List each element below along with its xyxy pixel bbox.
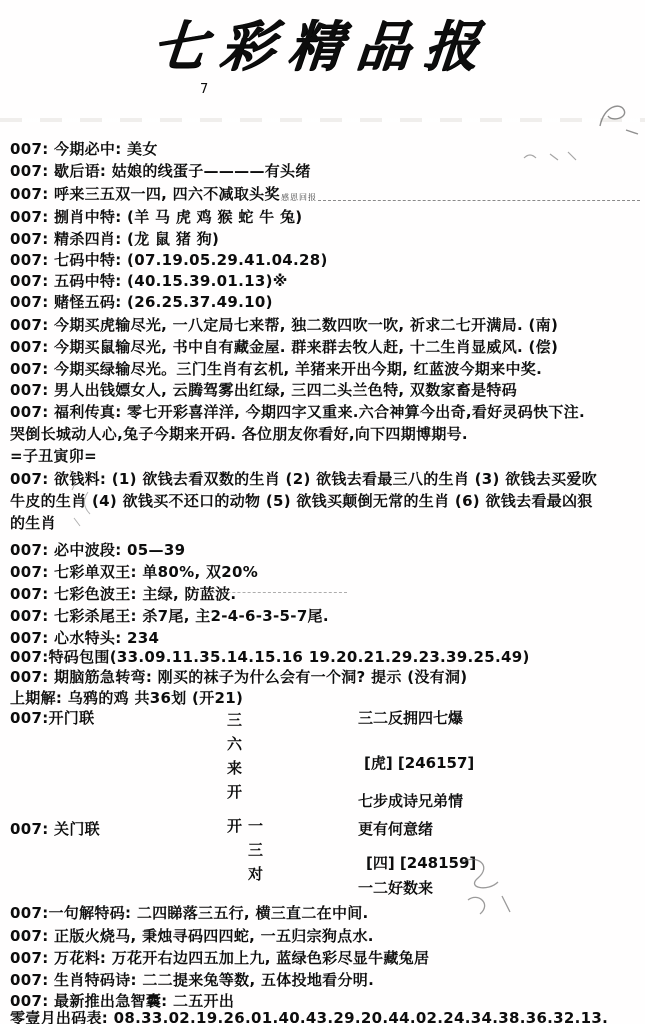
report-line: 007: 心水特头: 234 (10, 627, 159, 648)
report-page: 七彩精品报 7 007: 今期必中: 美女 007: 歇后语: 姑娘的线蛋子——… (0, 0, 645, 1024)
report-line: 007: 今期买虎输尽光, 一八定局七来帮, 独二数四吹一吹, 祈求二七开满局.… (10, 314, 558, 335)
ink-smudge-left (60, 462, 110, 532)
ink-scribble-bottom (448, 852, 518, 922)
report-line: 007: 男人出钱嫖女人, 云腾驾雾出红绿, 三四二头兰色特, 双数家畜是特码 (10, 379, 517, 400)
report-line: 007: 今期必中: 美女 (10, 138, 158, 159)
open-couplet-vertical: 三六来开 (224, 712, 245, 824)
open-couplet-label: 007:开门联 (10, 707, 94, 728)
page-number: 7 (200, 82, 208, 97)
scan-noise-band (0, 118, 645, 122)
report-line: 007: 捌肖中特: (羊 马 虎 鸡 猴 蛇 牛 兔) (10, 206, 302, 227)
report-line: 007: 期脑筋急转弯: 刚买的袜子为什么会有一个洞? 提示 (没有洞) (10, 666, 467, 687)
ink-smudge-right (520, 148, 580, 166)
report-line: 007: 七彩杀尾王: 杀7尾, 主2-4-6-3-5-7尾. (10, 605, 329, 626)
report-line: 007: 正版火烧马, 秉烛寻码四四蛇, 一五归宗狗点水. (10, 925, 374, 946)
page-title: 七彩精品报 (0, 4, 645, 81)
report-line: 上期解: 乌鸦的鸡 共36划 (开21) (10, 687, 243, 708)
report-line: 007: 七彩色波王: 主绿, 防蓝波. (10, 583, 236, 604)
report-line: 007: 必中波段: 05—39 (10, 539, 185, 560)
dashed-line (318, 200, 640, 201)
report-line: 007:一句解特码: 二四睇落三五行, 横三直二在中间. (10, 902, 369, 923)
report-line: 007: 今期买鼠输尽光, 书中自有藏金屋. 群来群去牧人赶, 十二生肖显威风.… (10, 336, 558, 357)
dashed-line (207, 592, 347, 593)
close-couplet-line: 更有何意绪 (358, 818, 433, 839)
report-line: 007: 七彩单双王: 单80%, 双20% (10, 561, 258, 582)
report-line: 哭倒长城动人心,兔子今期来开码. 各位朋友你看好,向下四期博期号. (10, 423, 468, 444)
report-line: 零壹月出码表: 08.33.02.19.26.01.40.43.29.20.44… (10, 1007, 608, 1024)
watermark-text: 感恩回报 (281, 192, 317, 203)
report-line: 007: 呼来三五双一四, 四六不减取头奖 (10, 183, 280, 204)
report-line: 007: 万花料: 万花开右边四五加上九, 蓝绿色彩尽显牛藏兔居 (10, 947, 429, 968)
close-couplet-label: 007: 关门联 (10, 818, 100, 839)
open-couplet-line: 七步成诗兄弟情 (358, 790, 463, 811)
report-line: 的生肖 (10, 512, 56, 533)
ink-scribble-top-right (590, 96, 642, 140)
open-couplet-line: [虎] [246157] (364, 752, 474, 773)
report-line: 007: 生肖特码诗: 二二提来兔等数, 五体投地看分明. (10, 969, 374, 990)
open-couplet-line: 三二反拥四七爆 (358, 707, 463, 728)
report-line: 007: 赌怪五码: (26.25.37.49.10) (10, 291, 273, 312)
report-line: 007:特码包围(33.09.11.35.14.15.16 19.20.21.2… (10, 646, 530, 667)
report-line: 007: 精杀四肖: (龙 鼠 猪 狗) (10, 228, 219, 249)
report-line: 007: 五码中特: (40.15.39.01.13)※ (10, 270, 288, 291)
close-couplet-vertical: 一三对开 (224, 818, 266, 900)
report-line: 007: 歇后语: 姑娘的线蛋子————有头绪 (10, 160, 311, 181)
close-couplet-line: 一二好数来 (358, 877, 433, 898)
report-line: 007: 今期买绿输尽光。三门生肖有玄机, 羊猪来开出今期, 红蓝波今期来中奖. (10, 358, 542, 379)
report-line: 007: 七码中特: (07.19.05.29.41.04.28) (10, 249, 328, 270)
report-line: 007: 福利传真: 零七开彩喜洋洋, 今期四字又重来.六合神算今出奇,看好灵码… (10, 401, 585, 422)
